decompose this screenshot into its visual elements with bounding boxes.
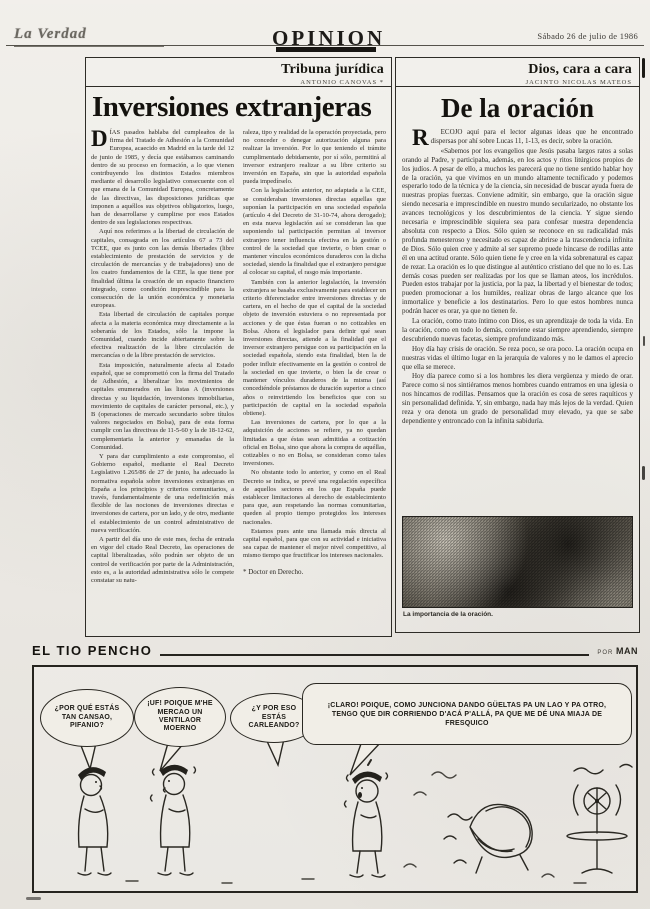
article-body: DÍAS pasados hablaba del cumpleaños de l… [86,126,391,627]
article-body: RECOJO aquí para el lector algunas ideas… [396,126,639,500]
scan-edge-artifact [643,336,645,346]
newspaper-page: La Verdad OPINION Sábado 26 de julio de … [0,0,650,909]
column-kicker: Dios, cara a cara [403,62,632,78]
article-photo-figure: La importancia de la oración. [402,516,633,618]
paragraph: Aquí nos referimos a la libertad de circ… [91,228,234,310]
kicker-block: Tribuna jurídica ANTONIO CANOVAS * [86,58,391,87]
paragraph: También con la anterior legislación, la … [243,279,386,418]
paragraph: Hoy día parece como si a los hombres les… [402,372,633,425]
paragraph: Esta libertad de circulación de capitale… [91,311,234,360]
paragraph: Estamos pues ante una llamada más direct… [243,528,386,561]
drop-cap: D [91,129,110,148]
paragraph: Las inversiones de cartera, por lo que a… [243,419,386,468]
paragraph: RECOJO aquí para el lector algunas ideas… [402,128,633,146]
paragraph: raleza, tipo y realidad de la operación … [243,129,386,186]
comic-title: EL TIO PENCHO [32,643,152,658]
article-de-la-oracion: Dios, cara a cara JACINTO NICOLAS MATEOS… [395,57,640,633]
comic-figure-3 [345,760,388,877]
comic-figure-2 [151,765,196,875]
speech-bubble-4: ¡CLARO! POIQUE, COMO JUNCIONA DANDO GÜEL… [302,683,632,745]
header-rule [6,45,644,46]
article-headline: Inversiones extranjeras [86,87,391,126]
speech-bubble-1: ¿POR QUÉ ESTÁS TAN CANSAO, PIFANIO? [40,689,134,747]
prayer-photo [402,516,633,608]
scan-edge-artifact [642,58,645,78]
paragraph: Y para dar cumplimiento a este compromis… [91,453,234,535]
paragraph: Con la legislación anterior, no adaptada… [243,187,386,277]
kicker-block: Dios, cara a cara JACINTO NICOLAS MATEOS [396,58,639,87]
comic-panel: ¿POR QUÉ ESTÁS TAN CANSAO, PIFANIO? ¡UF!… [32,665,638,893]
electric-fan [567,765,632,874]
article-headline: De la oración [396,87,639,126]
author-footnote: * Doctor en Derecho. [243,568,386,576]
article-inversiones-extranjeras: Tribuna jurídica ANTONIO CANOVAS * Inver… [85,57,392,637]
paragraph: No obstante todo lo anterior, y como en … [243,469,386,526]
paragraph: Hoy día hay crisis de oración. Se reza p… [402,345,633,372]
paragraph: «Sabemos por los evangelios que Jesús pa… [402,147,633,316]
photo-caption: La importancia de la oración. [402,608,633,618]
masthead-logo: La Verdad [14,26,164,47]
scan-edge-artifact [642,466,645,480]
ground-squiggles [126,772,586,883]
column-kicker: Tribuna jurídica [93,62,384,78]
comic-title-rule [160,654,589,656]
article-author: JACINTO NICOLAS MATEOS [403,79,632,86]
comic-header: EL TIO PENCHO POR MAN [32,643,638,658]
text-column-2: raleza, tipo y realidad de la operación … [243,129,386,627]
running-figure-blur [444,804,532,873]
paragraph: A partir del día uno de este mes, fecha … [91,536,234,585]
paragraph: DÍAS pasados hablaba del cumpleaños de l… [91,129,234,227]
paragraph: La oración, como trato íntimo con Dios, … [402,317,633,344]
text-column-1: DÍAS pasados hablaba del cumpleaños de l… [91,129,234,627]
drop-cap: R [402,128,431,147]
article-author: ANTONIO CANOVAS * [93,79,384,86]
scan-smudge [26,897,41,900]
comic-figure-1 [78,767,111,875]
paragraph: Esta imposición, naturalmente afecta al … [91,362,234,452]
speech-bubble-2: ¡UF! POIQUE M'HE MERCAO UN VENTILAOR MOE… [134,687,226,747]
comic-byline: POR MAN [597,646,638,656]
section-title-underline [276,47,376,52]
page-date: Sábado 26 de julio de 1986 [537,31,638,41]
